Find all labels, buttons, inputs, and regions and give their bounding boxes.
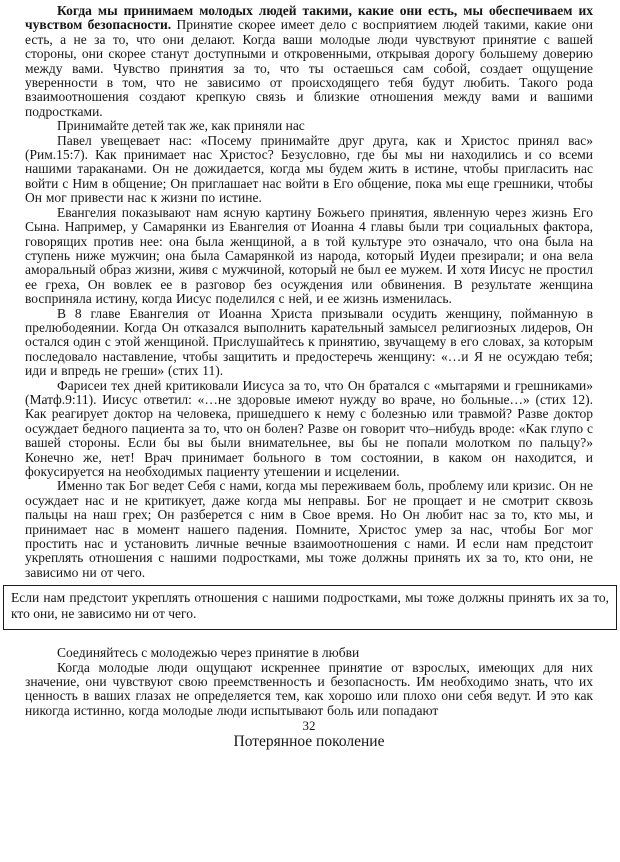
section-heading-accept-children: Принимайте детей так же, как приняли нас [25, 119, 593, 133]
paragraph-lead-rest: Принятие скорее имеет дело с восприятием… [25, 17, 593, 118]
book-page: Когда мы принимаем молодых людей такими,… [0, 0, 620, 862]
section-heading-connect-youth: Соединяйтесь с молодежью через принятие … [25, 646, 593, 660]
running-book-title: Потерянное поколение [25, 733, 593, 750]
pull-quote-text: Если нам предстоит укреплять отношения с… [11, 590, 609, 622]
paragraph-paul-romans: Павел увещевает нас: «Посему принимайте … [25, 134, 593, 206]
page-number: 32 [25, 719, 593, 733]
page-footer: 32 Потерянное поколение [25, 719, 593, 750]
paragraph-samaritan-woman: Евангелия показывают нам ясную картину Б… [25, 206, 593, 307]
paragraph-pharisees-doctor: Фарисеи тех дней критиковали Иисуса за т… [25, 379, 593, 480]
paragraph-acceptance-security: Когда мы принимаем молодых людей такими,… [25, 4, 593, 119]
paragraph-youth-sincere-acceptance: Когда молодые люди ощущают искреннее при… [25, 661, 593, 719]
paragraph-god-accepts-us: Именно так Бог ведет Себя с нами, когда … [25, 479, 593, 580]
pull-quote-box: Если нам предстоит укреплять отношения с… [3, 585, 617, 630]
paragraph-john8-adultery: В 8 главе Евангелия от Иоанна Христа при… [25, 307, 593, 379]
